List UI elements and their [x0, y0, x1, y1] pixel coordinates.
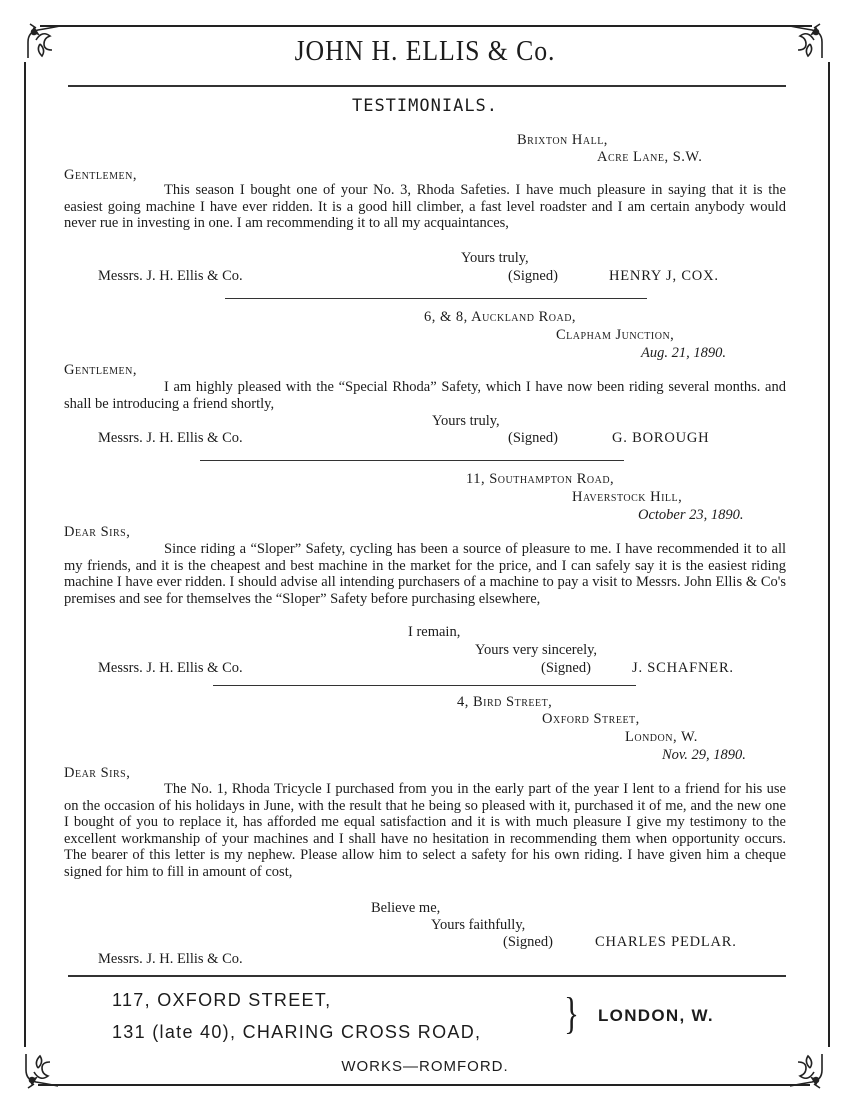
- signed-label: (Signed): [508, 268, 558, 285]
- footer-works: WORKS—ROMFORD.: [0, 1058, 850, 1075]
- letter-date: Aug. 21, 1890.: [641, 345, 726, 362]
- footer-address-line: 131 (late 40), CHARING CROSS ROAD,: [112, 1022, 481, 1043]
- address-line: 6, & 8, Auckland Road,: [424, 309, 576, 326]
- footer-city: LONDON, W.: [598, 1006, 714, 1026]
- address-line: London, W.: [625, 729, 698, 746]
- frame-border-left: [24, 62, 26, 1047]
- salutation: Gentlemen,: [64, 362, 137, 379]
- signature: J. SCHAFNER.: [632, 660, 734, 677]
- signed-label: (Signed): [508, 430, 558, 447]
- addressee: Messrs. J. H. Ellis & Co.: [98, 268, 243, 285]
- addressee: Messrs. J. H. Ellis & Co.: [98, 430, 243, 447]
- page-title: JOHN H. ELLIS & Co.: [34, 36, 816, 68]
- addressee: Messrs. J. H. Ellis & Co.: [98, 951, 243, 968]
- letter-date: Nov. 29, 1890.: [662, 747, 746, 764]
- letter-body: This season I bought one of your No. 3, …: [64, 182, 786, 232]
- addressee: Messrs. J. H. Ellis & Co.: [98, 660, 243, 677]
- letter-body: The No. 1, Rhoda Tricycle I purchased fr…: [64, 781, 786, 881]
- address-line: Brixton Hall,: [517, 132, 608, 149]
- letter-body: I am highly pleased with the “Special Rh…: [64, 379, 786, 412]
- closing: Believe me,: [371, 900, 440, 917]
- footer-rule: [68, 975, 786, 977]
- address-line: 4, Bird Street,: [457, 694, 552, 711]
- signed-label: (Signed): [503, 934, 553, 951]
- address-line: Haverstock Hill,: [572, 489, 682, 506]
- address-line: Acre Lane, S.W.: [597, 149, 702, 166]
- salutation: Dear Sirs,: [64, 524, 130, 541]
- frame-border-top: [40, 25, 812, 27]
- signature: HENRY J, COX.: [609, 268, 719, 285]
- closing: Yours faithfully,: [431, 917, 525, 934]
- closing: Yours truly,: [432, 413, 500, 430]
- closing: I remain,: [408, 624, 460, 641]
- closing: Yours truly,: [461, 250, 529, 267]
- address-line: Oxford Street,: [542, 711, 640, 728]
- header-rule: [68, 85, 786, 87]
- signature: CHARLES PEDLAR.: [595, 934, 737, 951]
- letter-divider: [213, 685, 636, 686]
- address-line: 11, Southampton Road,: [466, 471, 614, 488]
- section-heading: TESTIMONIALS.: [0, 96, 850, 116]
- letter-divider: [200, 460, 624, 461]
- letter-divider: [225, 298, 647, 299]
- frame-border-right: [828, 62, 830, 1047]
- address-line: Clapham Junction,: [556, 327, 674, 344]
- letter-date: October 23, 1890.: [638, 507, 744, 524]
- brace-icon: }: [564, 992, 579, 1036]
- closing: Yours very sincerely,: [475, 642, 597, 659]
- signature: G. BOROUGH: [612, 430, 709, 447]
- frame-border-bottom: [38, 1084, 810, 1086]
- letter-body: Since riding a “Sloper” Safety, cycling …: [64, 541, 786, 607]
- salutation: Dear Sirs,: [64, 765, 130, 782]
- signed-label: (Signed): [541, 660, 591, 677]
- footer-address-line: 117, OXFORD STREET,: [112, 990, 331, 1011]
